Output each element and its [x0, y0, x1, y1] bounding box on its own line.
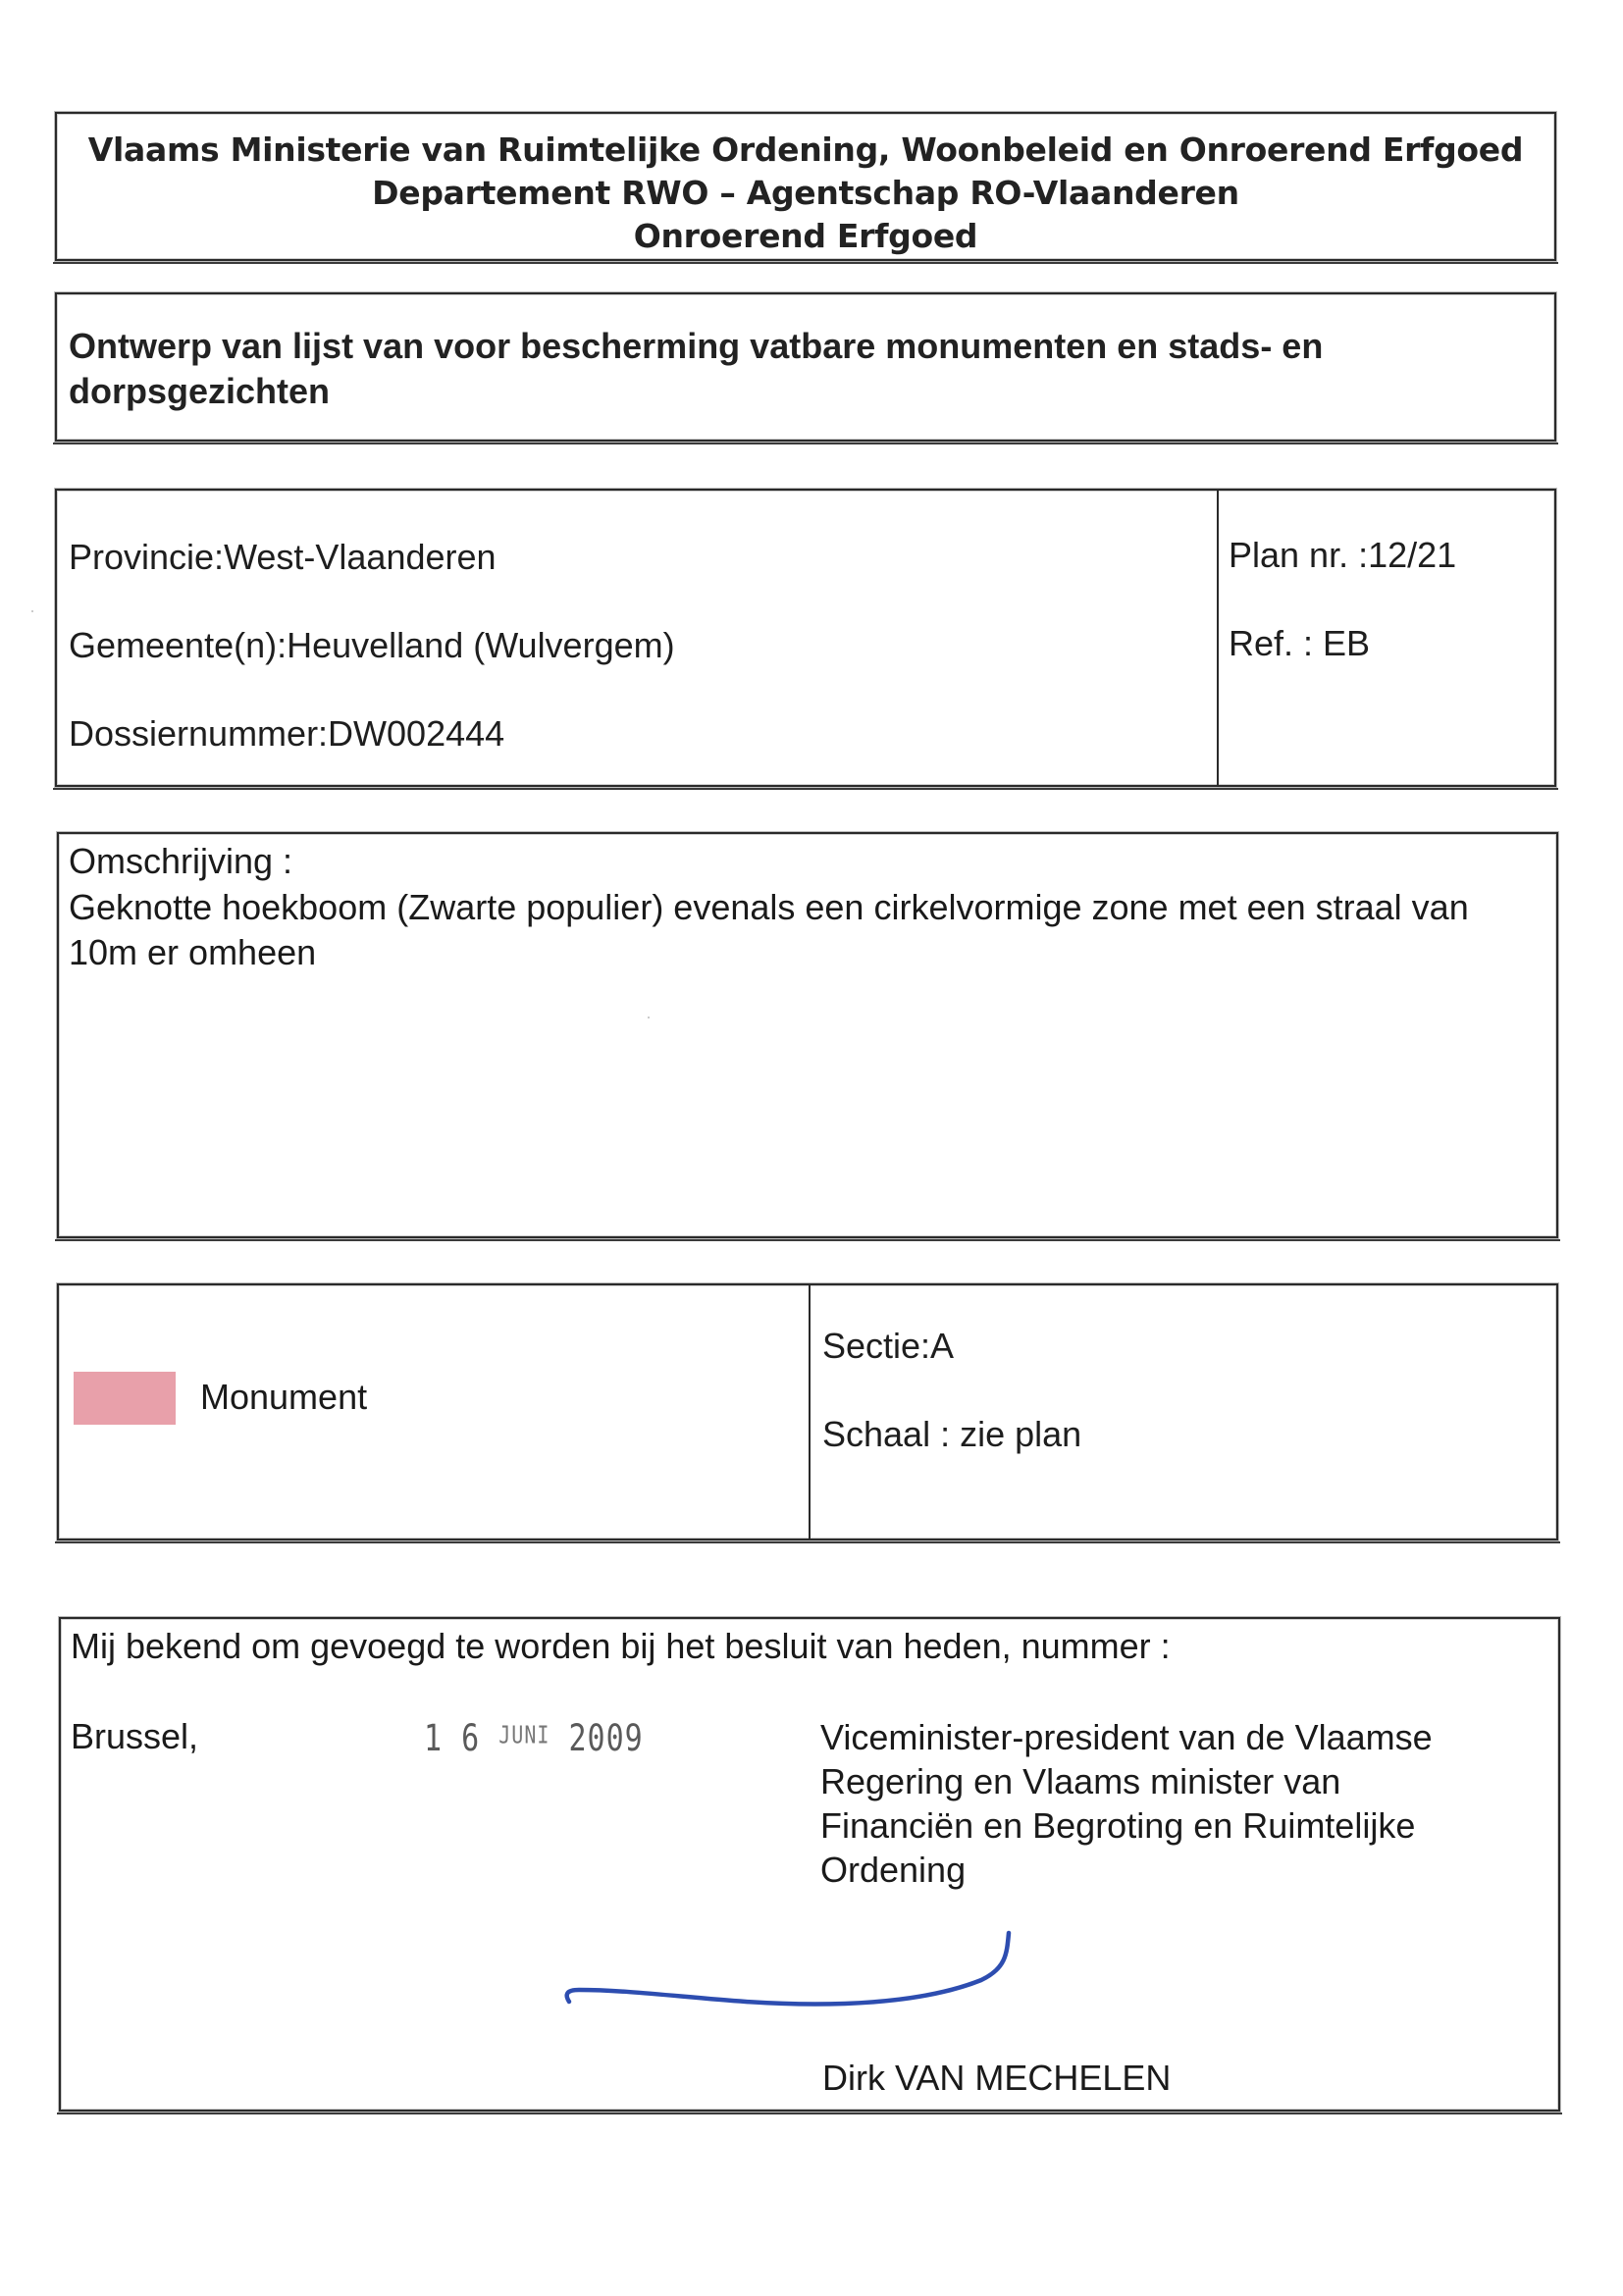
ministry-header: Vlaams Ministerie van Ruimtelijke Ordeni… [55, 112, 1556, 261]
role-line: Ordening [820, 1848, 1527, 1892]
dossier-info-box: Provincie:West-Vlaanderen Gemeente(n):He… [55, 489, 1556, 787]
sectie-field: Sectie:A [822, 1327, 954, 1366]
place-label: Brussel, [71, 1717, 198, 1756]
ministry-name: Vlaams Ministerie van Ruimtelijke Ordeni… [57, 129, 1554, 172]
description-text: Geknotte hoekboom (Zwarte populier) even… [69, 885, 1533, 975]
plan-info: Plan nr. :12/21 Ref. : EB [1219, 491, 1554, 785]
dossiernummer-field: Dossiernummer:DW002444 [69, 714, 504, 754]
agency-name: Onroerend Erfgoed [57, 215, 1554, 258]
approval-statement: Mij bekend om gevoegd te worden bij het … [71, 1627, 1171, 1666]
signatory-role: Viceminister-president van de Vlaamse Re… [820, 1715, 1527, 1892]
map-info: Sectie:A Schaal : zie plan [811, 1285, 1556, 1539]
stamp-year: 2009 [568, 1717, 643, 1760]
monument-legend-label: Monument [200, 1378, 367, 1417]
handwritten-signature [510, 1925, 1060, 2033]
role-line: Financiën en Begroting en Ruimtelijke [820, 1803, 1527, 1848]
stamp-month: JUNI [498, 1720, 550, 1749]
location-info: Provincie:West-Vlaanderen Gemeente(n):He… [57, 491, 1219, 785]
scan-speck [31, 610, 33, 612]
role-line: Viceminister-president van de Vlaamse [820, 1715, 1527, 1759]
schaal-field: Schaal : zie plan [822, 1415, 1081, 1454]
plan-number-field: Plan nr. :12/21 [1229, 536, 1456, 575]
description-label: Omschrijving : [69, 842, 292, 881]
signatory-name: Dirk VAN MECHELEN [822, 2059, 1171, 2098]
document-title: Ontwerp van lijst van voor bescherming v… [69, 324, 1515, 414]
scan-speck [648, 1017, 650, 1018]
gemeente-field: Gemeente(n):Heuvelland (Wulvergem) [69, 626, 675, 665]
description-box: Omschrijving : Geknotte hoekboom (Zwarte… [57, 832, 1558, 1238]
legend-box: Monument Sectie:A Schaal : zie plan [57, 1283, 1558, 1540]
legend-items: Monument [59, 1285, 811, 1539]
role-line: Regering en Vlaams minister van [820, 1759, 1527, 1803]
document-title-box: Ontwerp van lijst van voor bescherming v… [55, 292, 1556, 442]
stamp-day: 1 6 [424, 1717, 480, 1760]
monument-color-swatch [74, 1372, 176, 1425]
reference-field: Ref. : EB [1229, 624, 1370, 663]
date-stamp: 1 6 JUNI 2009 [424, 1717, 644, 1760]
department-name: Departement RWO – Agentschap RO-Vlaander… [57, 172, 1554, 215]
approval-box: Mij bekend om gevoegd te worden bij het … [59, 1617, 1560, 2112]
provincie-field: Provincie:West-Vlaanderen [69, 538, 497, 577]
